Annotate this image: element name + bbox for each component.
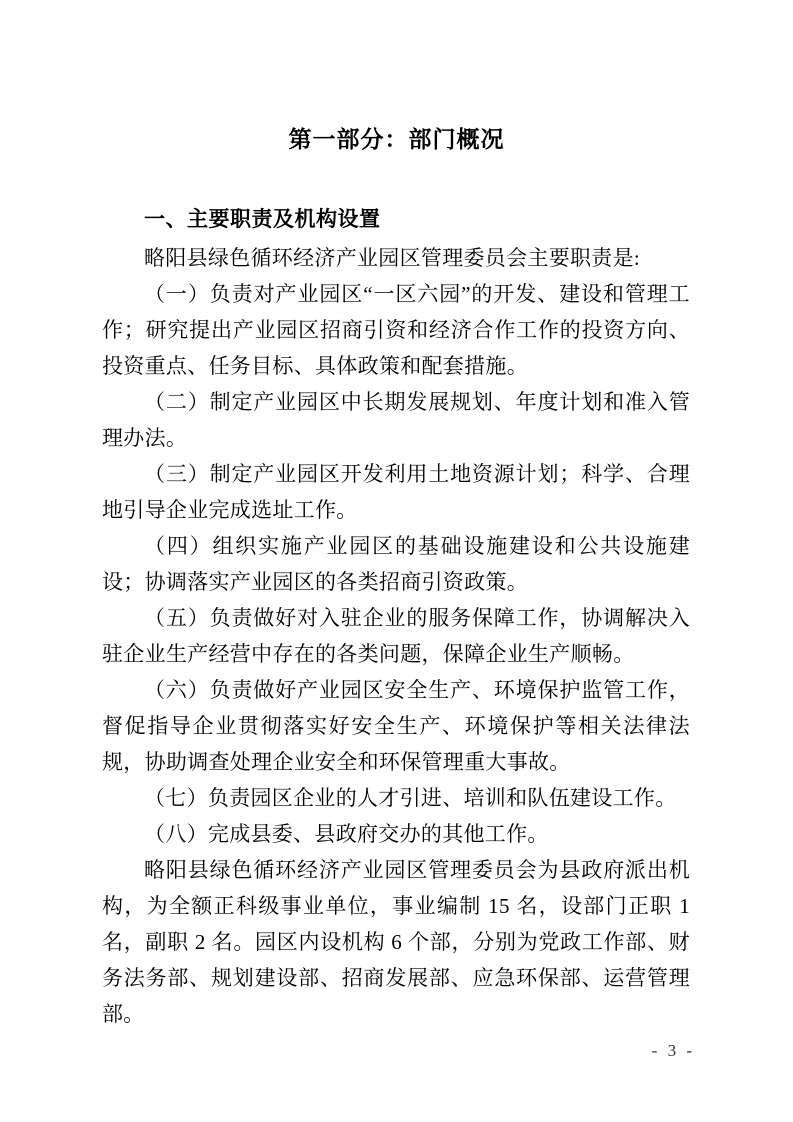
body-paragraph: 略阳县绿色循环经济产业园区管理委员会主要职责是: xyxy=(102,240,690,276)
body-paragraph: 略阳县绿色循环经济产业园区管理委员会为县政府派出机构，为全额正科级事业单位，事业… xyxy=(102,852,690,1032)
body-paragraph: （五）负责做好对入驻企业的服务保障工作，协调解决入驻企业生产经营中存在的各类问题… xyxy=(102,600,690,672)
body-paragraph: （三）制定产业园区开发利用土地资源计划；科学、合理地引导企业完成选址工作。 xyxy=(102,456,690,528)
body-paragraph: （二）制定产业园区中长期发展规划、年度计划和准入管理办法。 xyxy=(102,384,690,456)
body-paragraph: （一）负责对产业园区“一区六园”的开发、建设和管理工作；研究提出产业园区招商引资… xyxy=(102,276,690,384)
body-paragraph: （四）组织实施产业园区的基础设施建设和公共设施建设；协调落实产业园区的各类招商引… xyxy=(102,528,690,600)
document-page: 第一部分：部门概况 一、主要职责及机构设置 略阳县绿色循环经济产业园区管理委员会… xyxy=(0,0,793,1122)
body-paragraph: （七）负责园区企业的人才引进、培训和队伍建设工作。 xyxy=(102,780,690,816)
document-title: 第一部分：部门概况 xyxy=(0,0,793,156)
page-number: - 3 - xyxy=(652,1040,695,1062)
document-body: 一、主要职责及机构设置 略阳县绿色循环经济产业园区管理委员会主要职责是: （一）… xyxy=(102,203,690,1032)
body-paragraph: （六）负责做好产业园区安全生产、环境保护监管工作，督促指导企业贯彻落实好安全生产… xyxy=(102,672,690,780)
section-heading: 一、主要职责及机构设置 xyxy=(102,203,690,237)
body-paragraph: （八）完成县委、县政府交办的其他工作。 xyxy=(102,816,690,852)
